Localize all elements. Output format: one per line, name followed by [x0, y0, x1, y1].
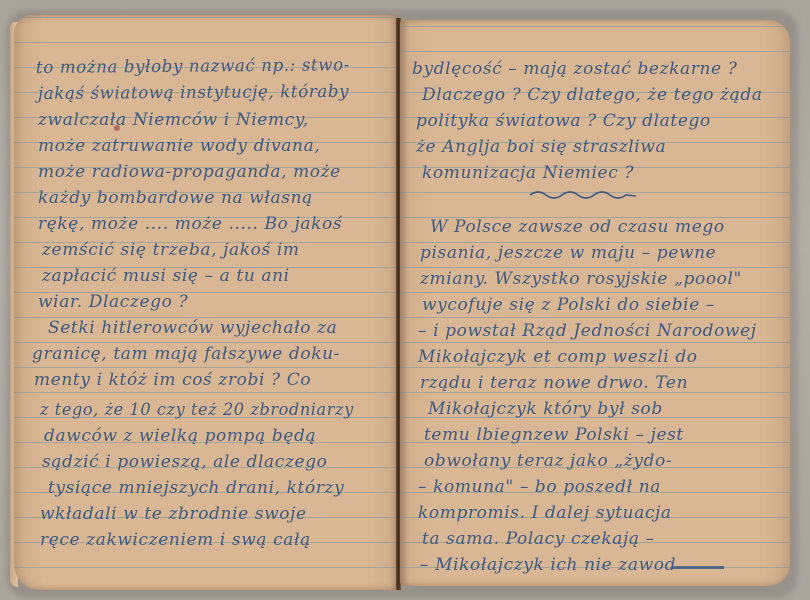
handwritten-line: zapłacić musi się – a tu ani — [42, 265, 290, 287]
right-page: bydlęcość – mają zostać bezkarne ? Dlacz… — [400, 20, 790, 586]
handwritten-line: Mikołajczyk który był sob — [428, 398, 663, 420]
handwritten-line: sądzić i powieszą, ale dlaczego — [42, 451, 327, 473]
handwritten-line: może radiowa-propaganda, może — [38, 161, 341, 183]
handwritten-line: granicę, tam mają fałszywe doku- — [32, 343, 340, 365]
handwritten-line: Mikołajczyk et comp weszli do — [418, 346, 698, 368]
handwritten-line: polityka światowa ? Czy dlatego — [416, 110, 711, 132]
handwritten-line: – Mikołajczyk ich nie zawod — [420, 554, 676, 576]
squiggle-divider — [528, 188, 638, 202]
strikethrough-mark — [672, 566, 724, 569]
handwritten-line: dawców z wielką pompą będą — [44, 425, 316, 447]
handwritten-line: pisania, jeszcze w maju – pewne — [420, 242, 716, 264]
left-page: to można byłoby nazwać np.: stwo- jakąś … — [14, 15, 398, 590]
handwritten-line: wkładali w te zbrodnie swoje — [40, 503, 307, 525]
handwritten-line: Setki hitlerowców wyjechało za — [48, 317, 337, 339]
handwritten-line: rękę, może .... może ..... Bo jakoś — [38, 213, 342, 235]
handwritten-line: każdy bombardowe na własną — [38, 187, 313, 209]
handwritten-line: menty i któż im coś zrobi ? Co — [34, 369, 311, 391]
handwritten-line: W Polsce zawsze od czasu mego — [430, 216, 725, 238]
handwritten-line: – komuna" – bo poszedł na — [418, 476, 661, 498]
handwritten-line: Dlaczego ? Czy dlatego, że tego żąda — [422, 84, 763, 106]
handwritten-line: może zatruwanie wody divana, — [38, 135, 320, 157]
handwritten-line: komunizacja Niemiec ? — [422, 162, 634, 184]
handwritten-line: wycofuje się z Polski do siebie – — [422, 294, 715, 316]
handwritten-line: ręce zakwiczeniem i swą całą — [40, 529, 311, 551]
handwritten-line: rządu i teraz nowe drwo. Ten — [420, 372, 688, 394]
handwritten-line: to można byłoby nazwać np.: stwo- — [36, 54, 350, 79]
handwritten-line: jakąś światową instytucję, któraby — [38, 81, 349, 105]
handwritten-line: bydlęcość – mają zostać bezkarne ? — [412, 58, 737, 80]
handwritten-line: zwalczała Niemców i Niemcy, — [38, 109, 309, 131]
handwritten-line: wiar. Dlaczego ? — [38, 291, 188, 313]
handwritten-line: temu lbiegnzew Polski – jest — [424, 424, 684, 446]
handwritten-line: obwołany teraz jako „żydo- — [424, 450, 672, 472]
handwritten-line: tysiące mniejszych drani, którzy — [48, 477, 344, 499]
handwritten-line: – i powstał Rząd Jedności Narodowej — [418, 320, 757, 342]
handwritten-line: że Anglja boi się straszliwa — [416, 136, 666, 158]
handwritten-line: kompromis. I dalej sytuacja — [418, 502, 672, 524]
handwritten-line: ta sama. Polacy czekają – — [422, 528, 655, 550]
handwritten-line: zemścić się trzeba, jakoś im — [42, 239, 300, 261]
handwritten-line: zmiany. Wszystko rosyjskie „poool" — [420, 268, 742, 290]
handwritten-line: z tego, że 10 czy też 20 zbrodniarzy — [40, 399, 354, 421]
